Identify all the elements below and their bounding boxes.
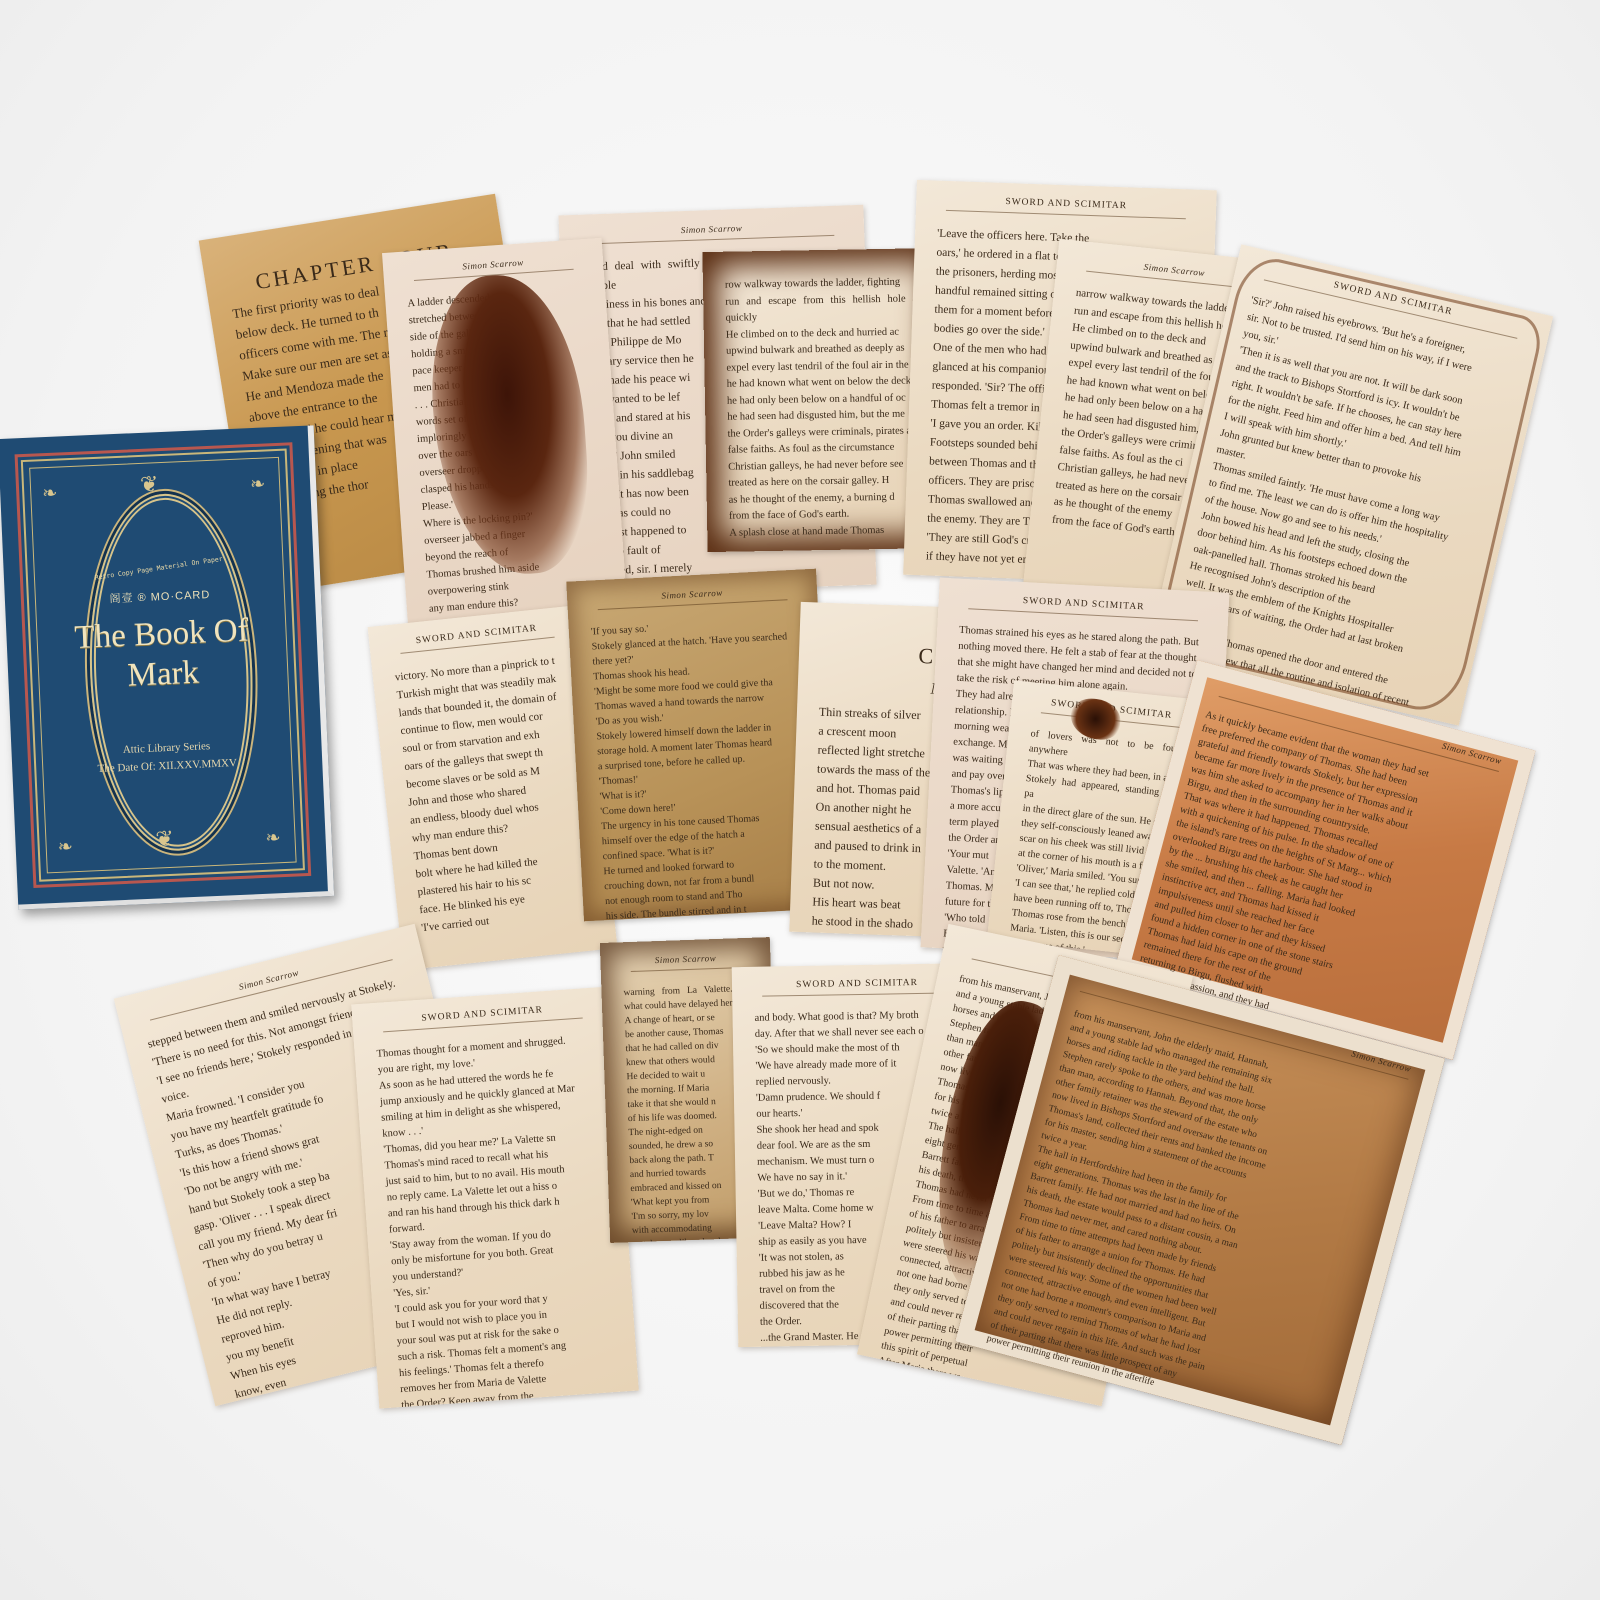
running-header: Simon Scarrow	[630, 938, 741, 972]
running-header: SWORD AND SCIMITAR	[762, 963, 952, 996]
cover-title: The Book Of Mark	[6, 607, 319, 700]
running-header: Simon Scarrow	[588, 206, 834, 245]
flourish-icon: ❧	[265, 827, 281, 849]
page-simon-ladder: Simon Scarrow A ladder descended on to s…	[382, 238, 628, 632]
page-text: A ladder descended on to stretched betwe…	[385, 274, 628, 633]
flourish-icon: ❦	[155, 827, 175, 853]
page-text: Thomas thought for a moment and shrugged…	[354, 1022, 639, 1408]
flourish-icon: ❧	[250, 474, 266, 496]
book-cover: ❦ ❦ ❧ ❧ ❧ ❧ Retro Copy Page Material On …	[0, 425, 334, 909]
flourish-icon: ❦	[139, 472, 159, 498]
flourish-icon: ❧	[57, 836, 73, 858]
page-sword-thomas-thought: SWORD AND SCIMITAR Thomas thought for a …	[351, 986, 639, 1408]
flourish-icon: ❧	[42, 483, 58, 505]
running-header: SWORD AND SCIMITAR	[946, 181, 1187, 219]
